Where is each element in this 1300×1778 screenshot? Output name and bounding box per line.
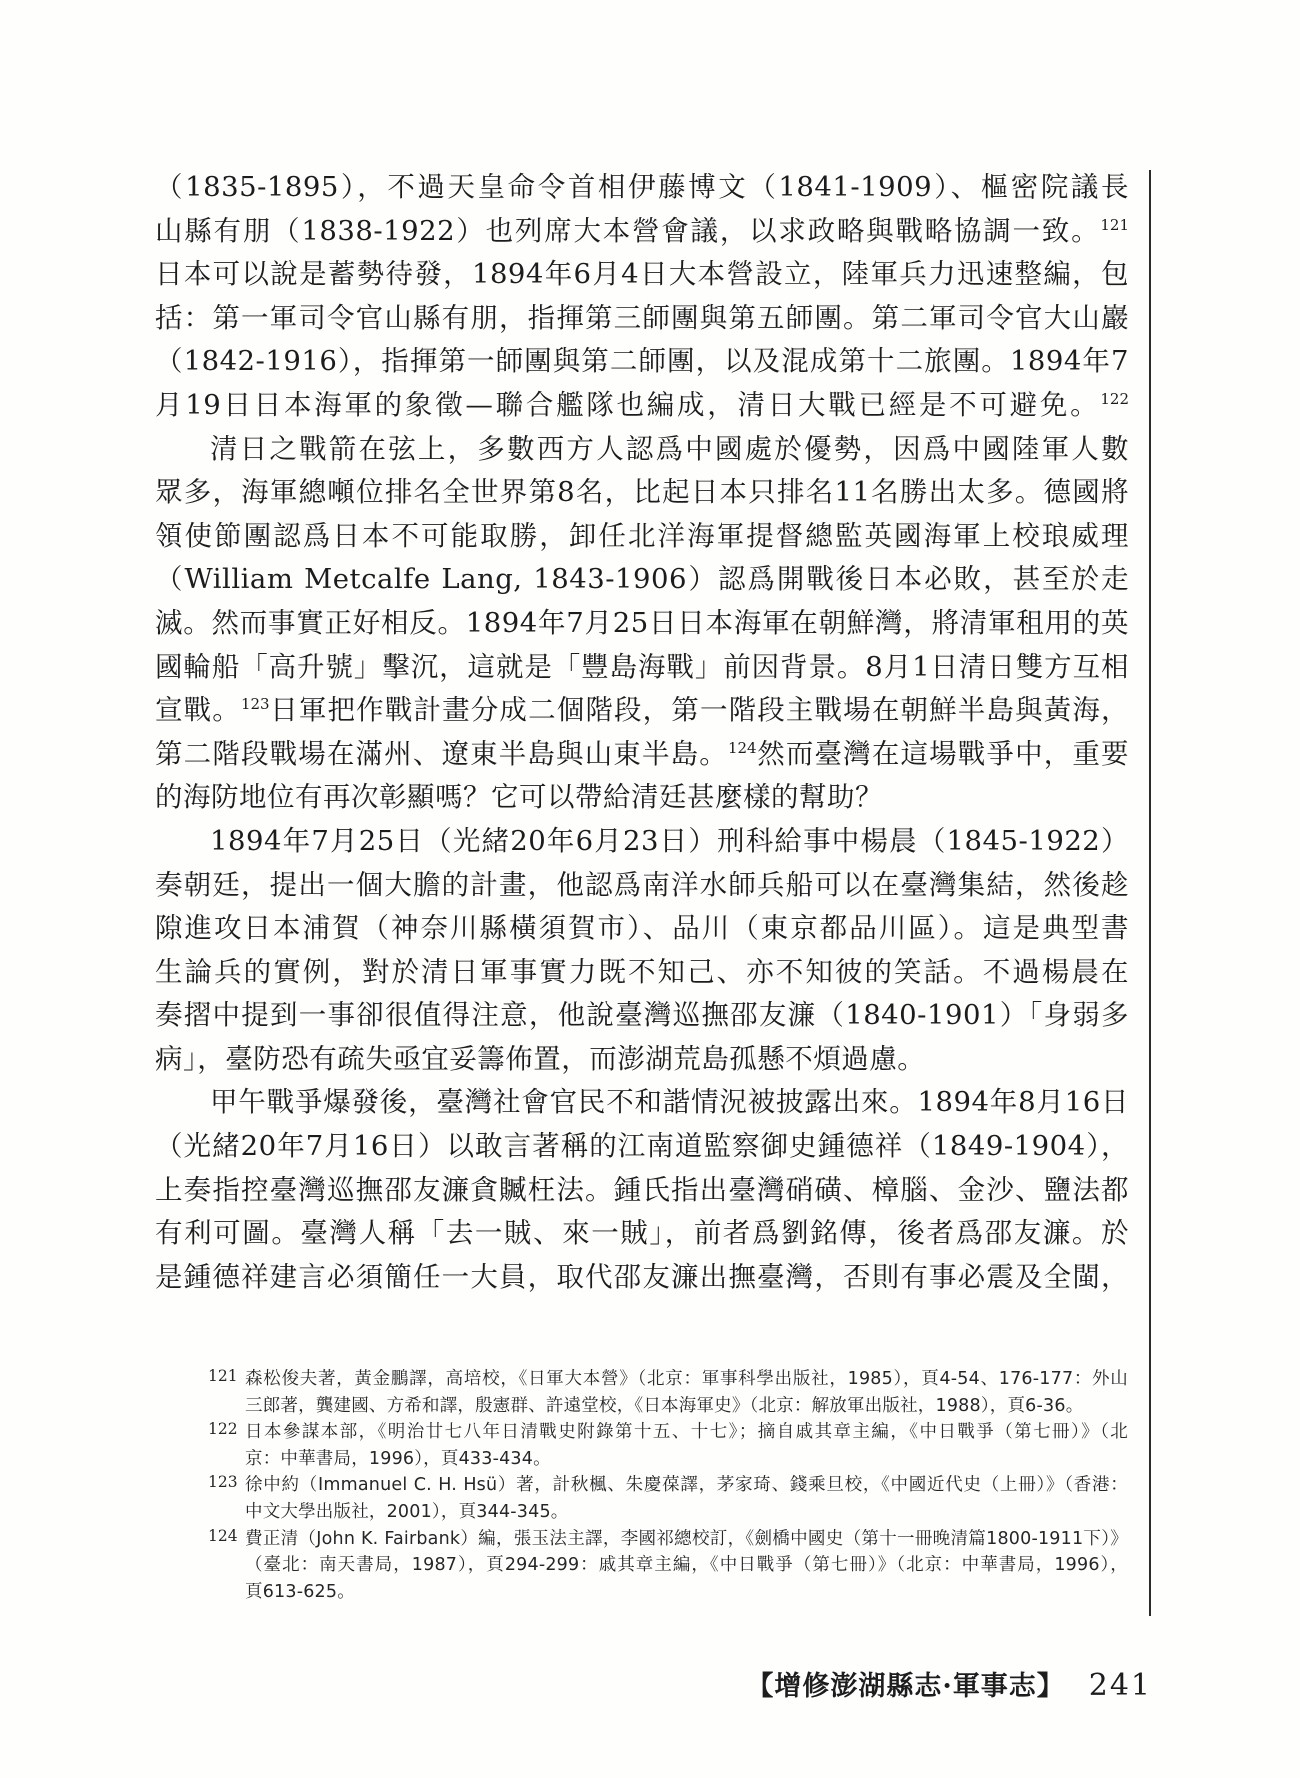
footnote: 123徐中約（Immanuel C. H. Hsü）著，計秋楓、朱慶葆譯，茅家琦… [208, 1472, 1128, 1525]
body-line: 是鍾德祥建言必須簡任一大員，取代邵友濂出撫臺灣，否則有事必震及全閩， [155, 1256, 1129, 1300]
body-line: 隙進攻日本浦賀（神奈川縣橫須賀市）、品川（東京都品川區）。這是典型書 [155, 907, 1129, 951]
footnote: 121森松俊夫著，黃金鵬譯，高培校，《日軍大本營》（北京：軍事科學出版社，198… [208, 1366, 1128, 1419]
footnote-line: 三郎著，龔建國、方希和譯，殷憲群、許遠堂校，《日本海軍史》（北京：解放軍出版社，… [245, 1393, 1128, 1420]
footnote-line: 頁613-625。 [245, 1579, 1128, 1606]
body-line: 眾多，海軍總噸位排名全世界第8名，比起日本只排名11名勝出太多。德國將 [155, 471, 1129, 515]
body-line: 的海防地位有再次彰顯嗎？它可以帶給清廷甚麼樣的幫助？ [155, 776, 1129, 820]
footnote-line: 中文大學出版社，2001），頁344-345。 [245, 1499, 1128, 1526]
footnote-ref: 122 [1100, 390, 1129, 408]
body-line: 第二階段戰場在滿州、遼東半島與山東半島。124然而臺灣在這場戰爭中，重要 [155, 733, 1129, 777]
body-line: 國輪船「高升號」擊沉，這就是「豐島海戰」前因背景。8月1日清日雙方互相 [155, 646, 1129, 690]
footnote-line: （臺北：南天書局，1987），頁294-299：戚其章主編，《中日戰爭（第七冊）… [245, 1552, 1128, 1579]
body-line: 宣戰。123日軍把作戰計畫分成二個階段，第一階段主戰場在朝鮮半島與黃海， [155, 689, 1129, 733]
body-line: 甲午戰爭爆發後，臺灣社會官民不和諧情況被披露出來。1894年8月16日 [155, 1081, 1129, 1125]
body-line: 清日之戰箭在弦上，多數西方人認爲中國處於優勢，因爲中國陸軍人數 [155, 428, 1129, 472]
body-line: （1835-1895），不過天皇命令首相伊藤博文（1841-1909）、樞密院議… [155, 166, 1129, 210]
body-line: 領使節團認爲日本不可能取勝，卸任北洋海軍提督總監英國海軍上校琅威理 [155, 515, 1129, 559]
footer-page-number: 241 [1089, 1668, 1152, 1703]
body-line: 滅。然而事實正好相反。1894年7月25日日本海軍在朝鮮灣，將清軍租用的英 [155, 602, 1129, 646]
footnote: 122日本參謀本部，《明治廿七八年日清戰史附錄第十五、十七》；摘自戚其章主編，《… [208, 1419, 1128, 1472]
page-footer: 【增修澎湖縣志·軍事志】 241 [746, 1664, 1152, 1703]
footnote: 124費正清（John K. Fairbank）編，張玉法主譯，李國祁總校訂，《… [208, 1526, 1128, 1606]
footnote-ref: 123 [241, 695, 270, 713]
body-line: 病」，臺防恐有疏失亟宜妥籌佈置，而澎湖荒島孤懸不煩過慮。 [155, 1038, 1129, 1082]
body-line: 生論兵的實例，對於清日軍事實力既不知己、亦不知彼的笑話。不過楊晨在 [155, 951, 1129, 995]
body-text: （1835-1895），不過天皇命令首相伊藤博文（1841-1909）、樞密院議… [155, 166, 1129, 1299]
body-line: （William Metcalfe Lang, 1843-1906）認爲開戰後日… [155, 558, 1129, 602]
body-line: （1842-1916），指揮第一師團與第二師團，以及混成第十二旅團。1894年7 [155, 340, 1129, 384]
body-line: 奏摺中提到一事卻很值得注意，他說臺灣巡撫邵友濂（1840-1901）「身弱多 [155, 994, 1129, 1038]
footnote-line: 費正清（John K. Fairbank）編，張玉法主譯，李國祁總校訂，《劍橋中… [245, 1526, 1128, 1553]
footnote-line: 森松俊夫著，黃金鵬譯，高培校，《日軍大本營》（北京：軍事科學出版社，1985），… [245, 1366, 1128, 1393]
footnote-ref: 124 [728, 739, 757, 757]
footer-title: 【增修澎湖縣志·軍事志】 [746, 1664, 1064, 1703]
page-border-rule [1149, 170, 1151, 1616]
footnote-number: 124 [208, 1523, 238, 1550]
footnote-ref: 121 [1100, 215, 1129, 233]
footnotes: 121森松俊夫著，黃金鵬譯，高培校，《日軍大本營》（北京：軍事科學出版社，198… [208, 1366, 1128, 1605]
footnote-number: 122 [208, 1416, 238, 1443]
footnote-line: 日本參謀本部，《明治廿七八年日清戰史附錄第十五、十七》；摘自戚其章主編，《中日戰… [245, 1419, 1128, 1446]
body-line: 上奏指控臺灣巡撫邵友濂貪贓枉法。鍾氏指出臺灣硝磺、樟腦、金沙、鹽法都 [155, 1169, 1129, 1213]
footnote-line: 徐中約（Immanuel C. H. Hsü）著，計秋楓、朱慶葆譯，茅家琦、錢乘… [245, 1472, 1128, 1499]
body-line: 月19日日本海軍的象徵—聯合艦隊也編成，清日大戰已經是不可避免。122 [155, 384, 1129, 428]
footnote-line: 京：中華書局，1996），頁433-434。 [245, 1446, 1128, 1473]
body-line: 1894年7月25日（光緒20年6月23日）刑科給事中楊晨（1845-1922）… [155, 820, 1129, 864]
body-line: 日本可以說是蓄勢待發，1894年6月4日大本營設立，陸軍兵力迅速整編，包 [155, 253, 1129, 297]
footnote-number: 123 [208, 1469, 238, 1496]
body-line: （光緒20年7月16日）以敢言著稱的江南道監察御史鍾德祥（1849-1904）， [155, 1125, 1129, 1169]
body-line: 括：第一軍司令官山縣有朋，指揮第三師團與第五師團。第二軍司令官大山巖 [155, 297, 1129, 341]
body-line: 山縣有朋（1838-1922）也列席大本營會議，以求政略與戰略協調一致。121 [155, 210, 1129, 254]
book-page: （1835-1895），不過天皇命令首相伊藤博文（1841-1909）、樞密院議… [0, 0, 1300, 1778]
footnote-number: 121 [208, 1363, 238, 1390]
body-line: 有利可圖。臺灣人稱「去一賊、來一賊」，前者爲劉銘傳，後者爲邵友濂。於 [155, 1212, 1129, 1256]
body-line: 奏朝廷，提出一個大膽的計畫，他認爲南洋水師兵船可以在臺灣集結，然後趁 [155, 864, 1129, 908]
